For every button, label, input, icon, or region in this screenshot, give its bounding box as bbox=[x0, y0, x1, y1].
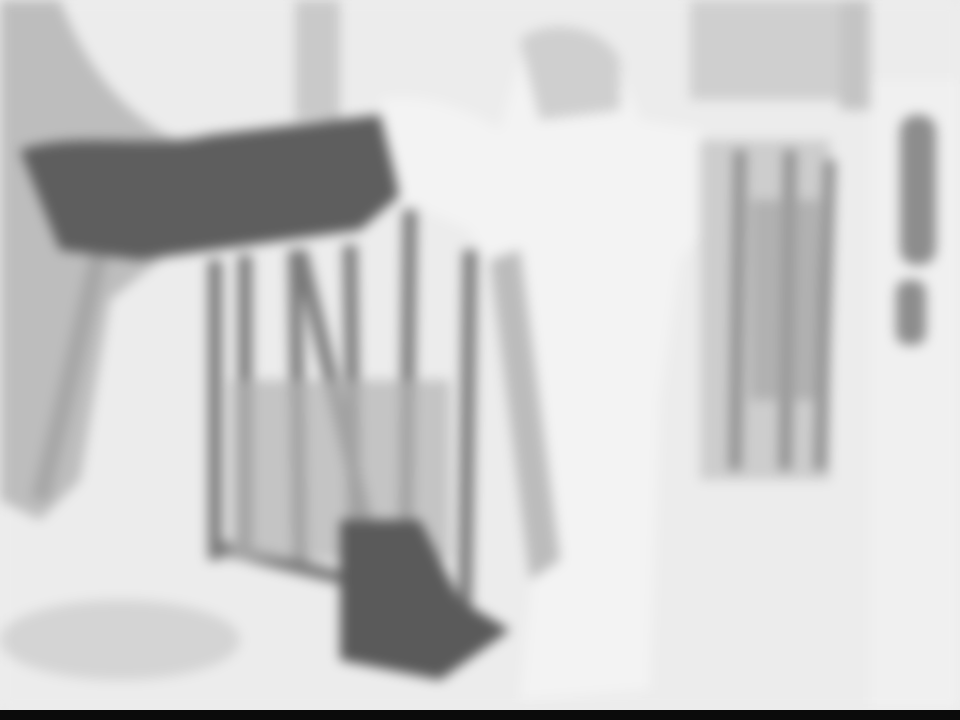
bottom-black-bar bbox=[0, 710, 960, 720]
background-wall bbox=[690, 0, 840, 100]
ground-shadow bbox=[0, 600, 240, 680]
photo-frame: Overexposed, blurry grayscale photo of a… bbox=[0, 0, 960, 720]
right-dark-slot bbox=[900, 115, 936, 265]
background-post bbox=[295, 0, 340, 120]
right-stall-clutter bbox=[750, 200, 820, 400]
background-post bbox=[840, 0, 870, 110]
market-stall-photo bbox=[0, 0, 960, 710]
right-dark-slot bbox=[896, 280, 926, 345]
